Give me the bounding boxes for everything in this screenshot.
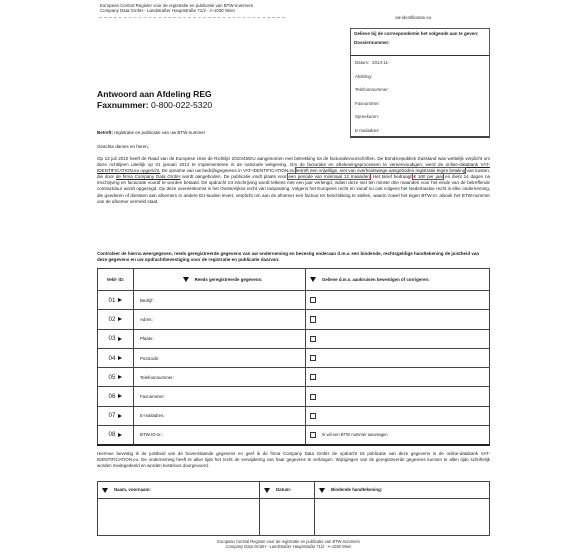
dossier-number-label: Dossiernummer: — [354, 40, 486, 45]
triangle-right-icon — [118, 375, 122, 379]
correspondence-info-label: Afdeling: — [355, 74, 372, 79]
confirm-checkbox[interactable] — [310, 297, 316, 303]
confirm-cell[interactable] — [306, 406, 490, 425]
confirm-cell[interactable] — [306, 368, 490, 387]
signature-sign-header: Bindende handtekening: — [315, 482, 490, 499]
table-row: 03Plaats: — [98, 329, 490, 348]
table-header-row: Veld- ID: Reeds geregistreerde gegevens:… — [98, 269, 490, 291]
body-text: wordt aangeboden. De publicatie vindt pl… — [180, 174, 288, 179]
confirm-checkbox[interactable] — [310, 316, 316, 322]
field-id-cell: 04 — [98, 348, 134, 367]
triangle-down-icon — [264, 488, 270, 493]
body-paragraph: Op 13 juli 2010 heeft de Raad van de Eur… — [97, 156, 490, 205]
confirm-cell[interactable] — [306, 387, 490, 406]
subject-text: registratie en publicatie van uw BTW-num… — [114, 130, 205, 135]
registered-field-cell: BTW-ID-nr.: — [134, 426, 306, 445]
signature-date-label: Datum: — [276, 487, 291, 492]
registered-field-cell: Adres: — [134, 310, 306, 329]
table-row: 02Adres: — [98, 310, 490, 329]
triangle-right-icon — [118, 317, 122, 321]
letterhead: European Central Register voor de regist… — [100, 3, 300, 13]
field-id: 02 — [109, 316, 116, 323]
signature-name-header: Naam, voornaam: — [98, 482, 260, 499]
field-id: 04 — [109, 355, 116, 362]
highlight-voluntary-registration: betreft een vrijwillige, niet van overhe… — [296, 168, 466, 173]
body-underlined-text: de firma Company Data GmbH — [116, 174, 181, 179]
field-id: 03 — [109, 335, 116, 342]
field-label: Bedrijf: — [140, 298, 154, 303]
correspondence-info-header: Gelieve bij de correspondentie het volge… — [351, 29, 489, 56]
letterhead-divider — [99, 17, 285, 18]
column-header-confirm: Gelieve d.m.v. aankruisen bevestigen of … — [306, 269, 490, 291]
field-id-cell: 02 — [98, 310, 134, 329]
triangle-down-icon — [102, 488, 108, 493]
correspondence-info-label: E-mailadres: — [355, 128, 380, 133]
field-label: E-mailadres: — [140, 413, 165, 418]
subject-line: Betreft: registratie en publicatie van u… — [97, 130, 205, 135]
field-id-cell: 06 — [98, 387, 134, 406]
registration-data-table: Veld- ID: Reeds geregistreerde gegevens:… — [97, 268, 490, 446]
field-id: 07 — [109, 412, 116, 419]
registered-field-cell: Postcode: — [134, 348, 306, 367]
field-id: 06 — [109, 393, 116, 400]
name-field[interactable] — [98, 499, 260, 536]
highlight-minimum-period: een periode van minimaal 12 maanden — [288, 174, 369, 179]
confirm-cell[interactable] — [306, 348, 490, 367]
registered-field-cell: Telefoonnummer: — [134, 368, 306, 387]
triangle-right-icon — [118, 414, 122, 418]
field-id: 05 — [109, 374, 116, 381]
triangle-down-icon — [183, 277, 189, 282]
fax-line: Faxnummer: 0-800-022-5320 — [97, 100, 212, 111]
field-label: BTW-ID-nr.: — [140, 432, 163, 437]
field-label: Plaats: — [140, 336, 153, 341]
confirm-cell[interactable] — [306, 310, 490, 329]
confirm-cell[interactable] — [306, 291, 490, 310]
correspondence-info-row: E-mailadres: — [351, 124, 489, 138]
page-title: Antwoord aan Afdeling REG Faxnummer: 0-8… — [97, 89, 212, 110]
correspondence-info-row: Faxnummer: — [351, 97, 489, 111]
footer: European Central Register voor de regist… — [0, 539, 577, 549]
confirm-cell[interactable] — [306, 329, 490, 348]
registered-field-cell: Bedrijf: — [134, 291, 306, 310]
field-id: 01 — [109, 297, 116, 304]
signature-header-row: Naam, voornaam: Datum: Bindende handteke… — [98, 482, 490, 499]
correspondence-info-label: Faxnummer: — [355, 101, 380, 106]
column-header-label: Veld- ID: — [107, 277, 125, 282]
footer-line-2: Company Data GmbH - Landstraßer Hauptstr… — [0, 544, 577, 549]
signature-table: Naam, voornaam: Datum: Bindende handteke… — [97, 481, 490, 536]
triangle-right-icon — [118, 356, 122, 360]
correspondence-info-row: Spreekuren: — [351, 110, 489, 124]
correspondence-info-heading: Gelieve bij de correspondentie het volge… — [354, 32, 486, 37]
checkbox-label: Ik wil een BTW nummer aanvragen — [322, 432, 387, 437]
correspondence-info-row: Telefoonnummer: — [351, 83, 489, 97]
website-link[interactable]: vat-identification.eu — [395, 15, 431, 20]
triangle-down-icon — [319, 488, 325, 493]
instruction-text: Controleer de hierna weergegeven, reeds … — [97, 251, 490, 263]
body-text: De opname van uw bedrijfsgegevens in VAT… — [160, 168, 295, 173]
signature-name-label: Naam, voornaam: — [114, 487, 151, 492]
subject-label: Betreft: — [97, 130, 113, 135]
correspondence-info-value: 2014-11- — [372, 60, 389, 65]
correspondence-info-label: Spreekuren: — [355, 114, 379, 119]
confirm-checkbox[interactable] — [310, 355, 316, 361]
column-header-label: Gelieve d.m.v. aankruisen bevestigen of … — [322, 277, 430, 282]
table-row: 01Bedrijf: — [98, 291, 490, 310]
body-text: . Het tarief bedraagt — [370, 174, 414, 179]
confirm-checkbox[interactable] — [310, 413, 316, 419]
signature-date-header: Datum: — [260, 482, 315, 499]
triangle-right-icon — [118, 433, 122, 437]
fax-number: 0-800-022-5320 — [151, 100, 212, 110]
field-id-cell: 07 — [98, 406, 134, 425]
column-header-field-id: Veld- ID: — [98, 269, 134, 291]
correspondence-info-row: Datum:2014-11- — [351, 56, 489, 70]
field-label: Telefoonnummer: — [140, 375, 174, 380]
registered-field-cell: Faxnummer: — [134, 387, 306, 406]
confirm-cell[interactable]: Ik wil een BTW nummer aanvragen — [306, 426, 490, 445]
greeting: Geachte dames en heren, — [97, 144, 149, 149]
correspondence-info-rows: Datum:2014-11-Afdeling:Telefoonnummer:Fa… — [351, 56, 489, 138]
triangle-right-icon — [118, 337, 122, 341]
field-id-cell: 01 — [98, 291, 134, 310]
fax-label: Faxnummer: — [97, 100, 149, 110]
column-header-label: Reeds geregistreerde gegevens: — [195, 277, 263, 282]
confirm-checkbox[interactable] — [310, 374, 316, 380]
signature-input-row — [98, 499, 490, 536]
table-row: 08BTW-ID-nr.:Ik wil een BTW nummer aanvr… — [98, 426, 490, 445]
field-id: 08 — [109, 431, 116, 438]
letterhead-line-2: Company Data GmbH - Landstraßer Hauptstr… — [100, 8, 300, 13]
table-row: 06Faxnummer: — [98, 387, 490, 406]
table-row: 05Telefoonnummer: — [98, 368, 490, 387]
confirm-checkbox[interactable] — [310, 432, 316, 438]
date-field[interactable] — [260, 499, 315, 536]
correspondence-info-box: Gelieve bij de correspondentie het volge… — [350, 28, 490, 138]
registered-field-cell: E-mailadres: — [134, 406, 306, 425]
column-header-registered: Reeds geregistreerde gegevens: — [134, 269, 306, 291]
table-row: 04Postcode: — [98, 348, 490, 367]
registered-field-cell: Plaats: — [134, 329, 306, 348]
field-label: Postcode: — [140, 356, 160, 361]
department-heading: Antwoord aan Afdeling REG — [97, 89, 212, 100]
signature-sign-label: Bindende handtekening: — [331, 487, 382, 492]
confirm-checkbox[interactable] — [310, 394, 316, 400]
field-label: Adres: — [140, 317, 153, 322]
correspondence-info-row: Afdeling: — [351, 70, 489, 84]
signature-field[interactable] — [315, 499, 490, 536]
field-id-cell: 03 — [98, 329, 134, 348]
triangle-down-icon — [310, 277, 316, 282]
field-id-cell: 05 — [98, 368, 134, 387]
field-id-cell: 08 — [98, 426, 134, 445]
field-label: Faxnummer: — [140, 394, 165, 399]
triangle-right-icon — [118, 394, 122, 398]
table-row: 07E-mailadres: — [98, 406, 490, 425]
highlight-annual-fee: € 160 per jaar — [413, 174, 443, 179]
confirmation-paragraph: Hiermee bevestig ik de juistheid van de … — [97, 451, 490, 469]
correspondence-info-label: Datum: — [355, 60, 369, 65]
triangle-right-icon — [118, 298, 122, 302]
correspondence-info-label: Telefoonnummer: — [355, 87, 389, 92]
confirm-checkbox[interactable] — [310, 336, 316, 342]
